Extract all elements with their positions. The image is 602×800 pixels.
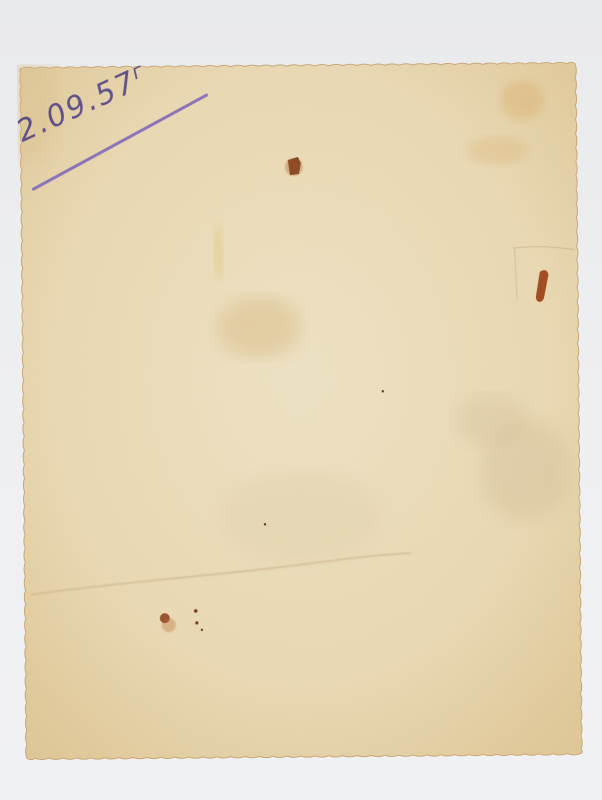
photo-back: 2.09.57г <box>17 60 585 763</box>
paper-card <box>17 60 585 763</box>
